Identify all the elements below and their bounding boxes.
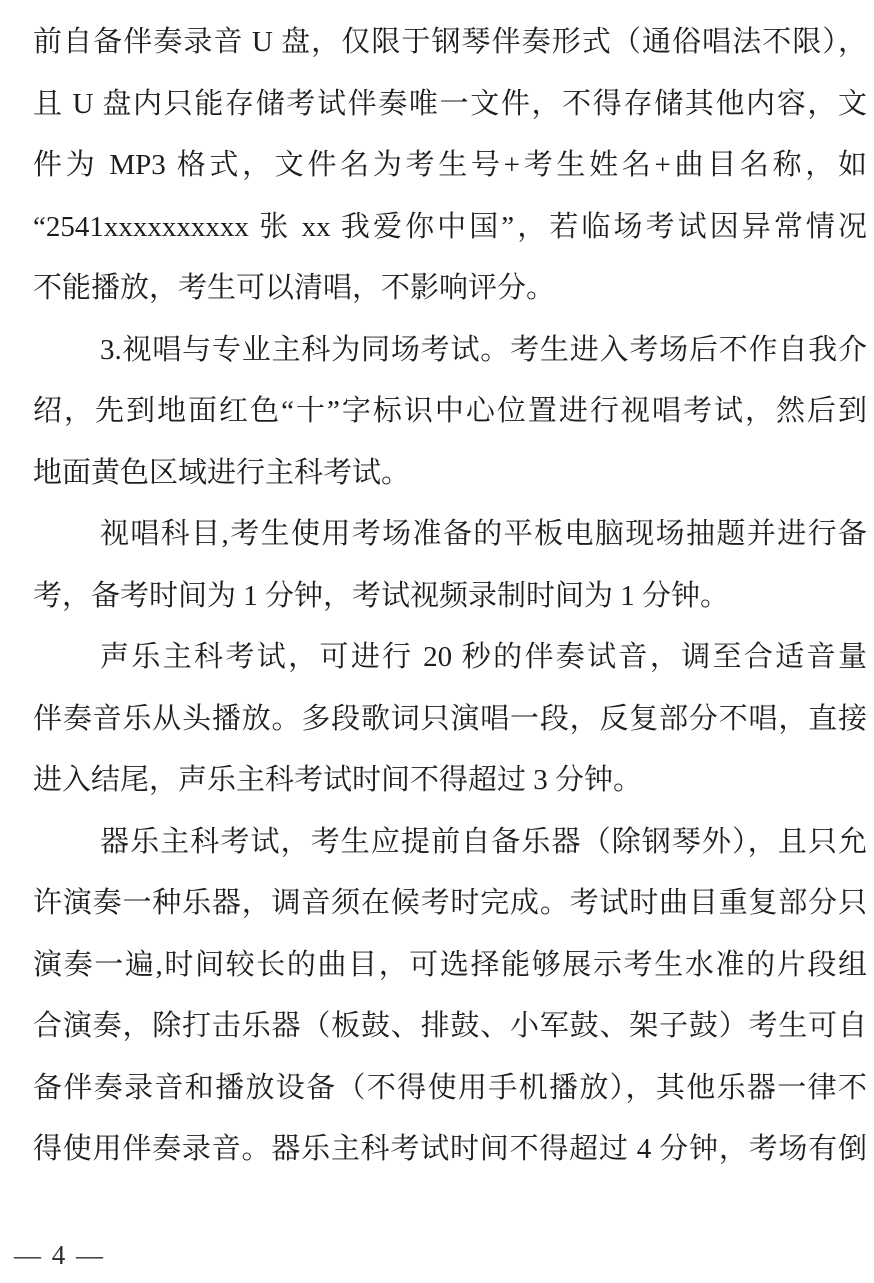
text-line: 演奏一遍,时间较长的曲目，可选择能够展示考生水准的片段组 [33,935,867,997]
text-line: 伴奏音乐从头播放。多段歌词只演唱一段，反复部分不唱，直接 [33,689,867,751]
page-number: — 4 — [0,1239,874,1271]
text-line: 进入结尾，声乐主科考试时间不得超过 3 分钟。 [33,750,867,812]
text-line: “2541xxxxxxxxxx 张 xx 我爱你中国”，若临场考试因异常情况 [33,197,867,259]
text-line: 3.视唱与专业主科为同场考试。考生进入考场后不作自我介 [33,320,867,382]
text-line: 许演奏一种乐器，调音须在候考时完成。考试时曲目重复部分只 [33,873,867,935]
text-line: 且 U 盘内只能存储考试伴奏唯一文件，不得存储其他内容，文 [33,74,867,136]
text-line: 考，备考时间为 1 分钟，考试视频录制时间为 1 分钟。 [33,566,867,628]
text-line: 前自备伴奏录音 U 盘，仅限于钢琴伴奏形式（通俗唱法不限）， [33,12,867,74]
text-line: 器乐主科考试，考生应提前自备乐器（除钢琴外），且只允 [33,812,867,874]
text-line: 不能播放，考生可以清唱，不影响评分。 [33,258,867,320]
text-line: 声乐主科考试，可进行 20 秒的伴奏试音，调至合适音量后， [33,627,867,689]
text-line: 得使用伴奏录音。器乐主科考试时间不得超过 4 分钟，考场有倒 [33,1119,867,1181]
text-line: 件为 MP3 格式，文件名为考生号+考生姓名+曲目名称，如 [33,135,867,197]
text-line: 合演奏，除打击乐器（板鼓、排鼓、小军鼓、架子鼓）考生可自 [33,996,867,1058]
text-block: 前自备伴奏录音 U 盘，仅限于钢琴伴奏形式（通俗唱法不限），且 U 盘内只能存储… [33,0,867,1181]
text-line: 视唱科目,考生使用考场准备的平板电脑现场抽题并进行备 [33,504,867,566]
text-line: 地面黄色区域进行主科考试。 [33,443,867,505]
text-line: 绍，先到地面红色“十”字标识中心位置进行视唱考试，然后到 [33,381,867,443]
text-line: 备伴奏录音和播放设备（不得使用手机播放），其他乐器一律不 [33,1058,867,1120]
document-page: 前自备伴奏录音 U 盘，仅限于钢琴伴奏形式（通俗唱法不限），且 U 盘内只能存储… [0,0,874,1283]
